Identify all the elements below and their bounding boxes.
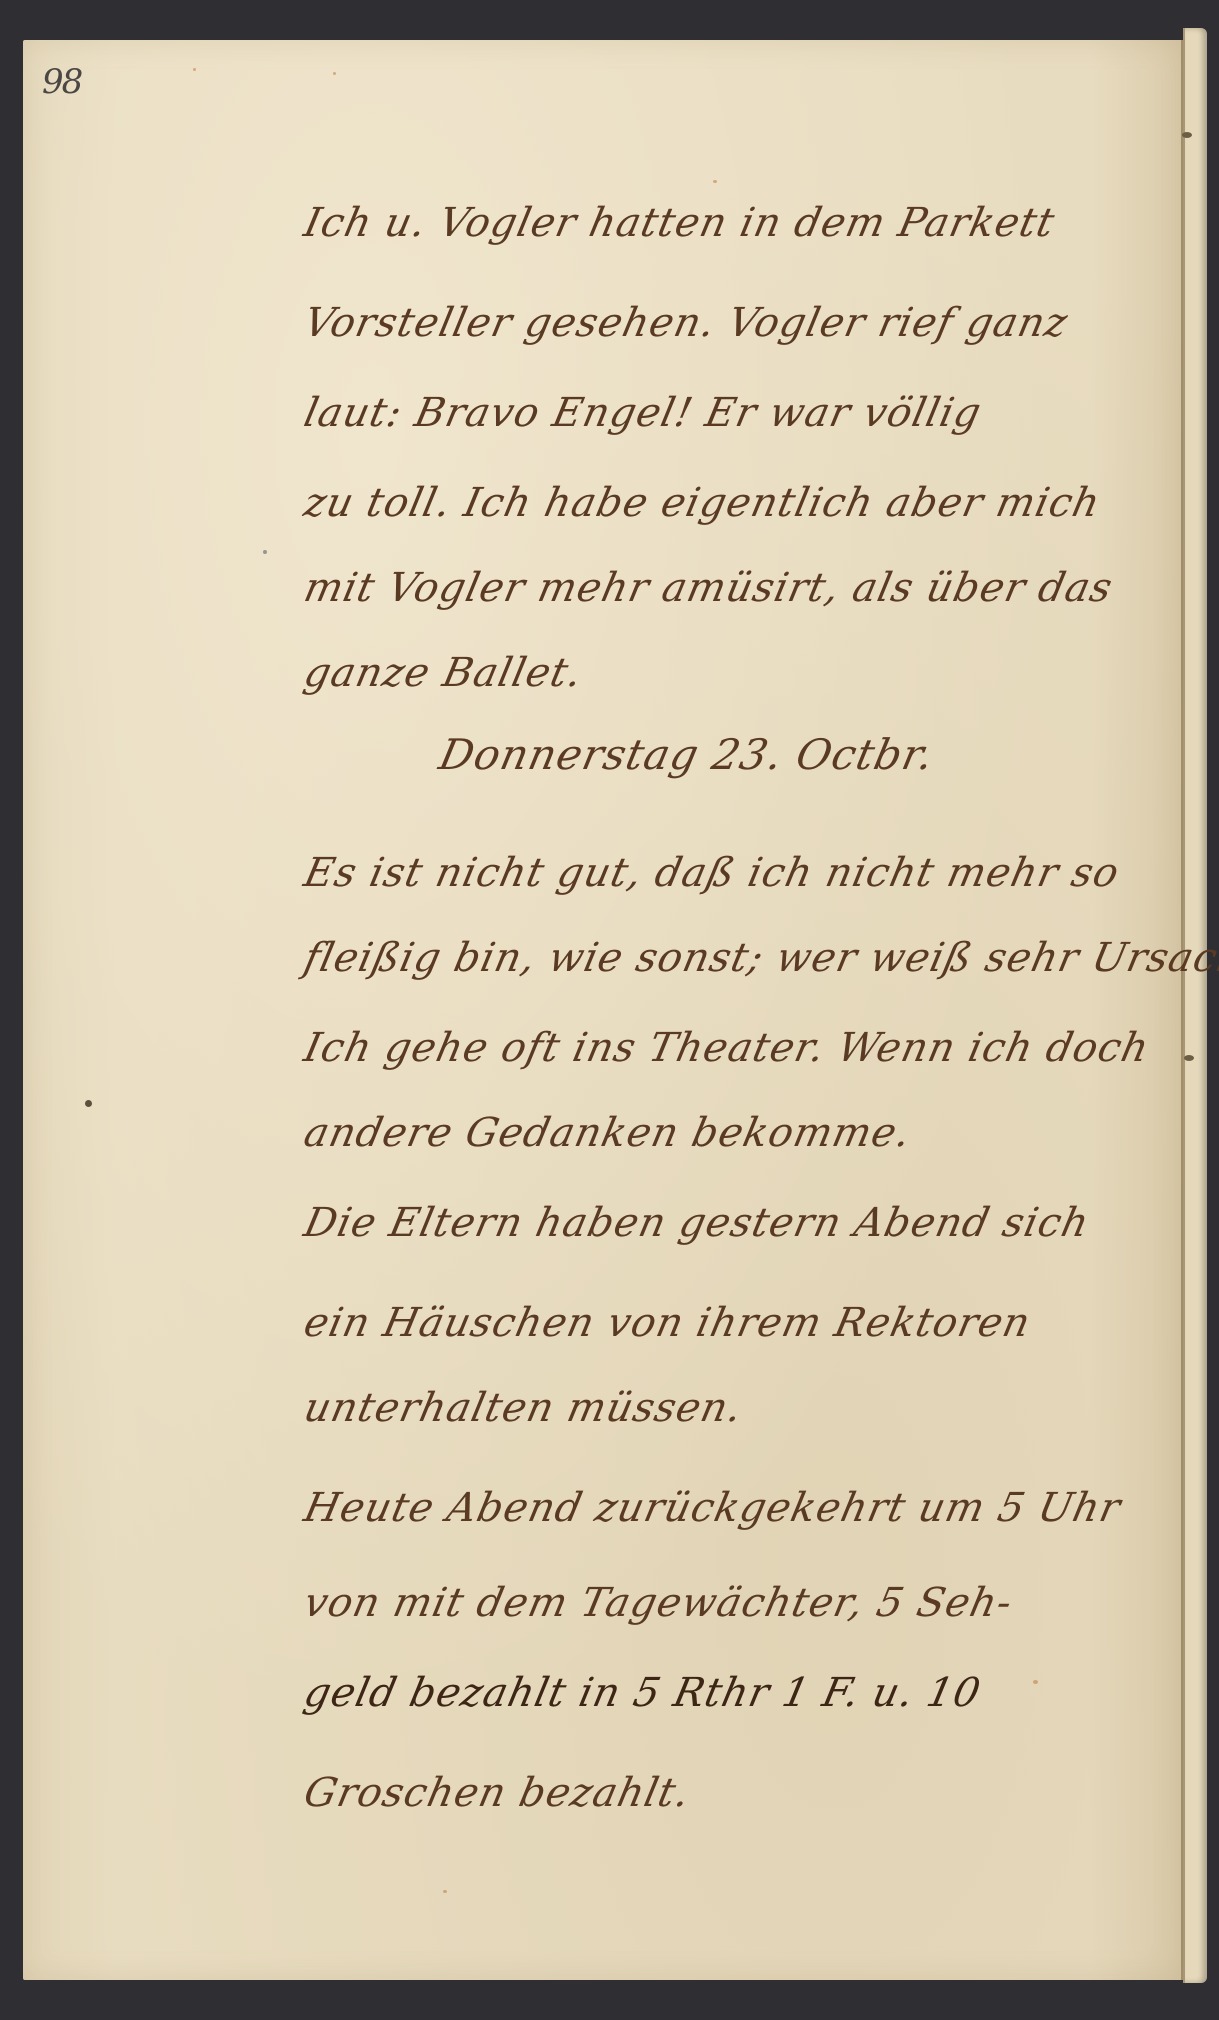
folio-number: 98 (42, 62, 81, 102)
text-line: ein Häuschen von ihrem Rektoren (300, 1300, 1035, 1346)
text-line: von mit dem Tagewächter, 5 Seh- (300, 1580, 1017, 1626)
text-line: Heute Abend zurückgekehrt um 5 Uhr (300, 1485, 1125, 1531)
ink-blot (85, 1100, 92, 1107)
binding-notch (1182, 132, 1192, 138)
text-line: Vorsteller gesehen. Vogler rief ganz (300, 300, 1072, 346)
text-line: Die Eltern haben gestern Abend sich (300, 1200, 1094, 1246)
text-line: fleißig bin, wie sonst; wer weiß sehr Ur… (300, 935, 1219, 981)
paper-speck (713, 180, 717, 183)
paper-speck (443, 1890, 447, 1893)
text-line: unterhalten müssen. (300, 1385, 747, 1431)
text-line: zu toll. Ich habe eigentlich aber mich (300, 480, 1105, 526)
paper-speck (1033, 1680, 1038, 1684)
text-line: Groschen bezahlt. (300, 1770, 694, 1816)
binding-gutter (1181, 40, 1183, 1980)
text-line: Es ist nicht gut, daß ich nicht mehr so (300, 850, 1124, 896)
text-line: Ich u. Vogler hatten in dem Parkett (300, 200, 1059, 246)
text-line: andere Gedanken bekomme. (300, 1110, 915, 1156)
text-line: mit Vogler mehr amüsirt, als über das (300, 565, 1117, 611)
text-line: Ich gehe oft ins Theater. Wenn ich doch (300, 1025, 1154, 1071)
text-line: laut: Bravo Engel! Er war völlig (300, 390, 986, 436)
paper-speck (263, 550, 267, 554)
paper-speck (193, 68, 196, 71)
date-heading: Donnerstag 23. Octbr. (435, 730, 939, 779)
adjacent-page-edge (1183, 28, 1207, 1983)
text-line: ganze Ballet. (300, 650, 587, 696)
paper-speck (333, 72, 336, 75)
text-line: geld bezahlt in 5 Rthr 1 F. u. 10 (300, 1670, 985, 1716)
binding-notch (1184, 1055, 1194, 1061)
